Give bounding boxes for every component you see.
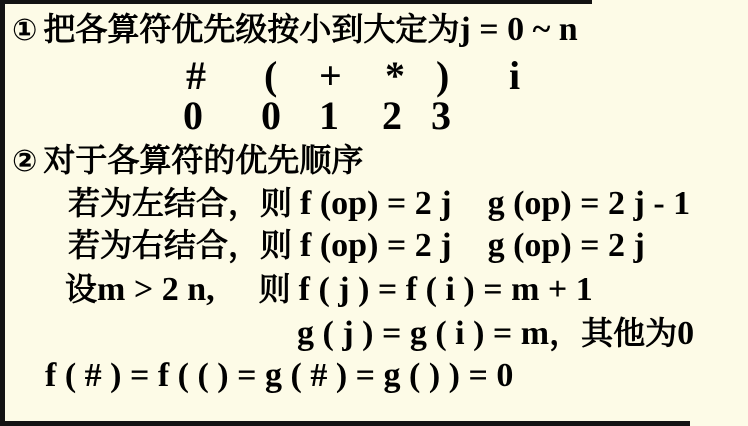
assumption-rule-line: 设m > 2 n,则f ( j ) = f ( i ) = m + 1	[65, 272, 593, 308]
circled-number-2: ②	[12, 144, 37, 179]
left-assoc-label: 若为左结合，则	[68, 185, 292, 221]
assumption-f-equation: f ( j ) = f ( i ) = m + 1	[299, 271, 593, 308]
item1-formula: j = 0 ~ n	[459, 11, 577, 48]
operator-symbol-star: *	[385, 56, 405, 96]
slide-border-top	[0, 0, 592, 4]
assumption-label: 设	[65, 271, 97, 307]
operator-symbol-i: i	[509, 56, 520, 96]
item2-heading: 对于各算符的优先顺序	[43, 142, 363, 178]
operator-symbol-plus: +	[319, 56, 342, 96]
left-assoc-f-equation: f (op) = 2 j	[300, 185, 452, 222]
item1-text: 把各算符优先级按小到大定为	[43, 11, 459, 47]
right-assoc-rule-line: 若为右结合，则f (op) = 2 jg (op) = 2 j	[68, 228, 645, 264]
item2-heading-line: ②对于各算符的优先顺序	[12, 144, 363, 178]
right-assoc-g-equation: g (op) = 2 j	[488, 227, 645, 264]
item1-line: ①把各算符优先级按小到大定为j = 0 ~ n	[12, 12, 578, 48]
continuation-rule-line: g ( j ) = g ( i ) = m，其他为0	[297, 316, 694, 352]
priority-level-rparen: 3	[431, 96, 451, 136]
assumption-then-label: 则	[259, 271, 291, 307]
operator-symbol-hash: #	[186, 56, 206, 96]
slide-border-bottom	[0, 421, 690, 426]
continuation-zero: 0	[677, 315, 694, 352]
left-assoc-rule-line: 若为左结合，则f (op) = 2 jg (op) = 2 j - 1	[68, 186, 690, 222]
right-assoc-label: 若为右结合，则	[68, 227, 292, 263]
continuation-suffix: ，其他为	[549, 315, 677, 351]
priority-level-plus: 1	[319, 96, 339, 136]
left-assoc-g-equation: g (op) = 2 j - 1	[488, 185, 691, 222]
circled-number-1: ①	[12, 13, 37, 48]
boundary-equation-line: f ( # ) = f ( ( ) = g ( # ) = g ( ) ) = …	[45, 358, 513, 394]
right-assoc-f-equation: f (op) = 2 j	[300, 227, 452, 264]
assumption-condition: m > 2 n,	[97, 271, 215, 308]
priority-level-hash: 0	[183, 96, 203, 136]
priority-level-lparen: 0	[261, 96, 281, 136]
priority-level-star: 2	[382, 96, 402, 136]
boundary-equation: f ( # ) = f ( ( ) = g ( # ) = g ( ) ) = …	[45, 357, 513, 394]
operator-symbol-lparen: (	[264, 56, 277, 96]
slide-border-left	[0, 0, 5, 426]
continuation-g-equation: g ( j ) = g ( i ) = m	[297, 315, 549, 352]
operator-symbol-rparen: )	[436, 56, 449, 96]
slide: ①把各算符优先级按小到大定为j = 0 ~ n # ( + * ) i 0 0 …	[0, 0, 748, 426]
